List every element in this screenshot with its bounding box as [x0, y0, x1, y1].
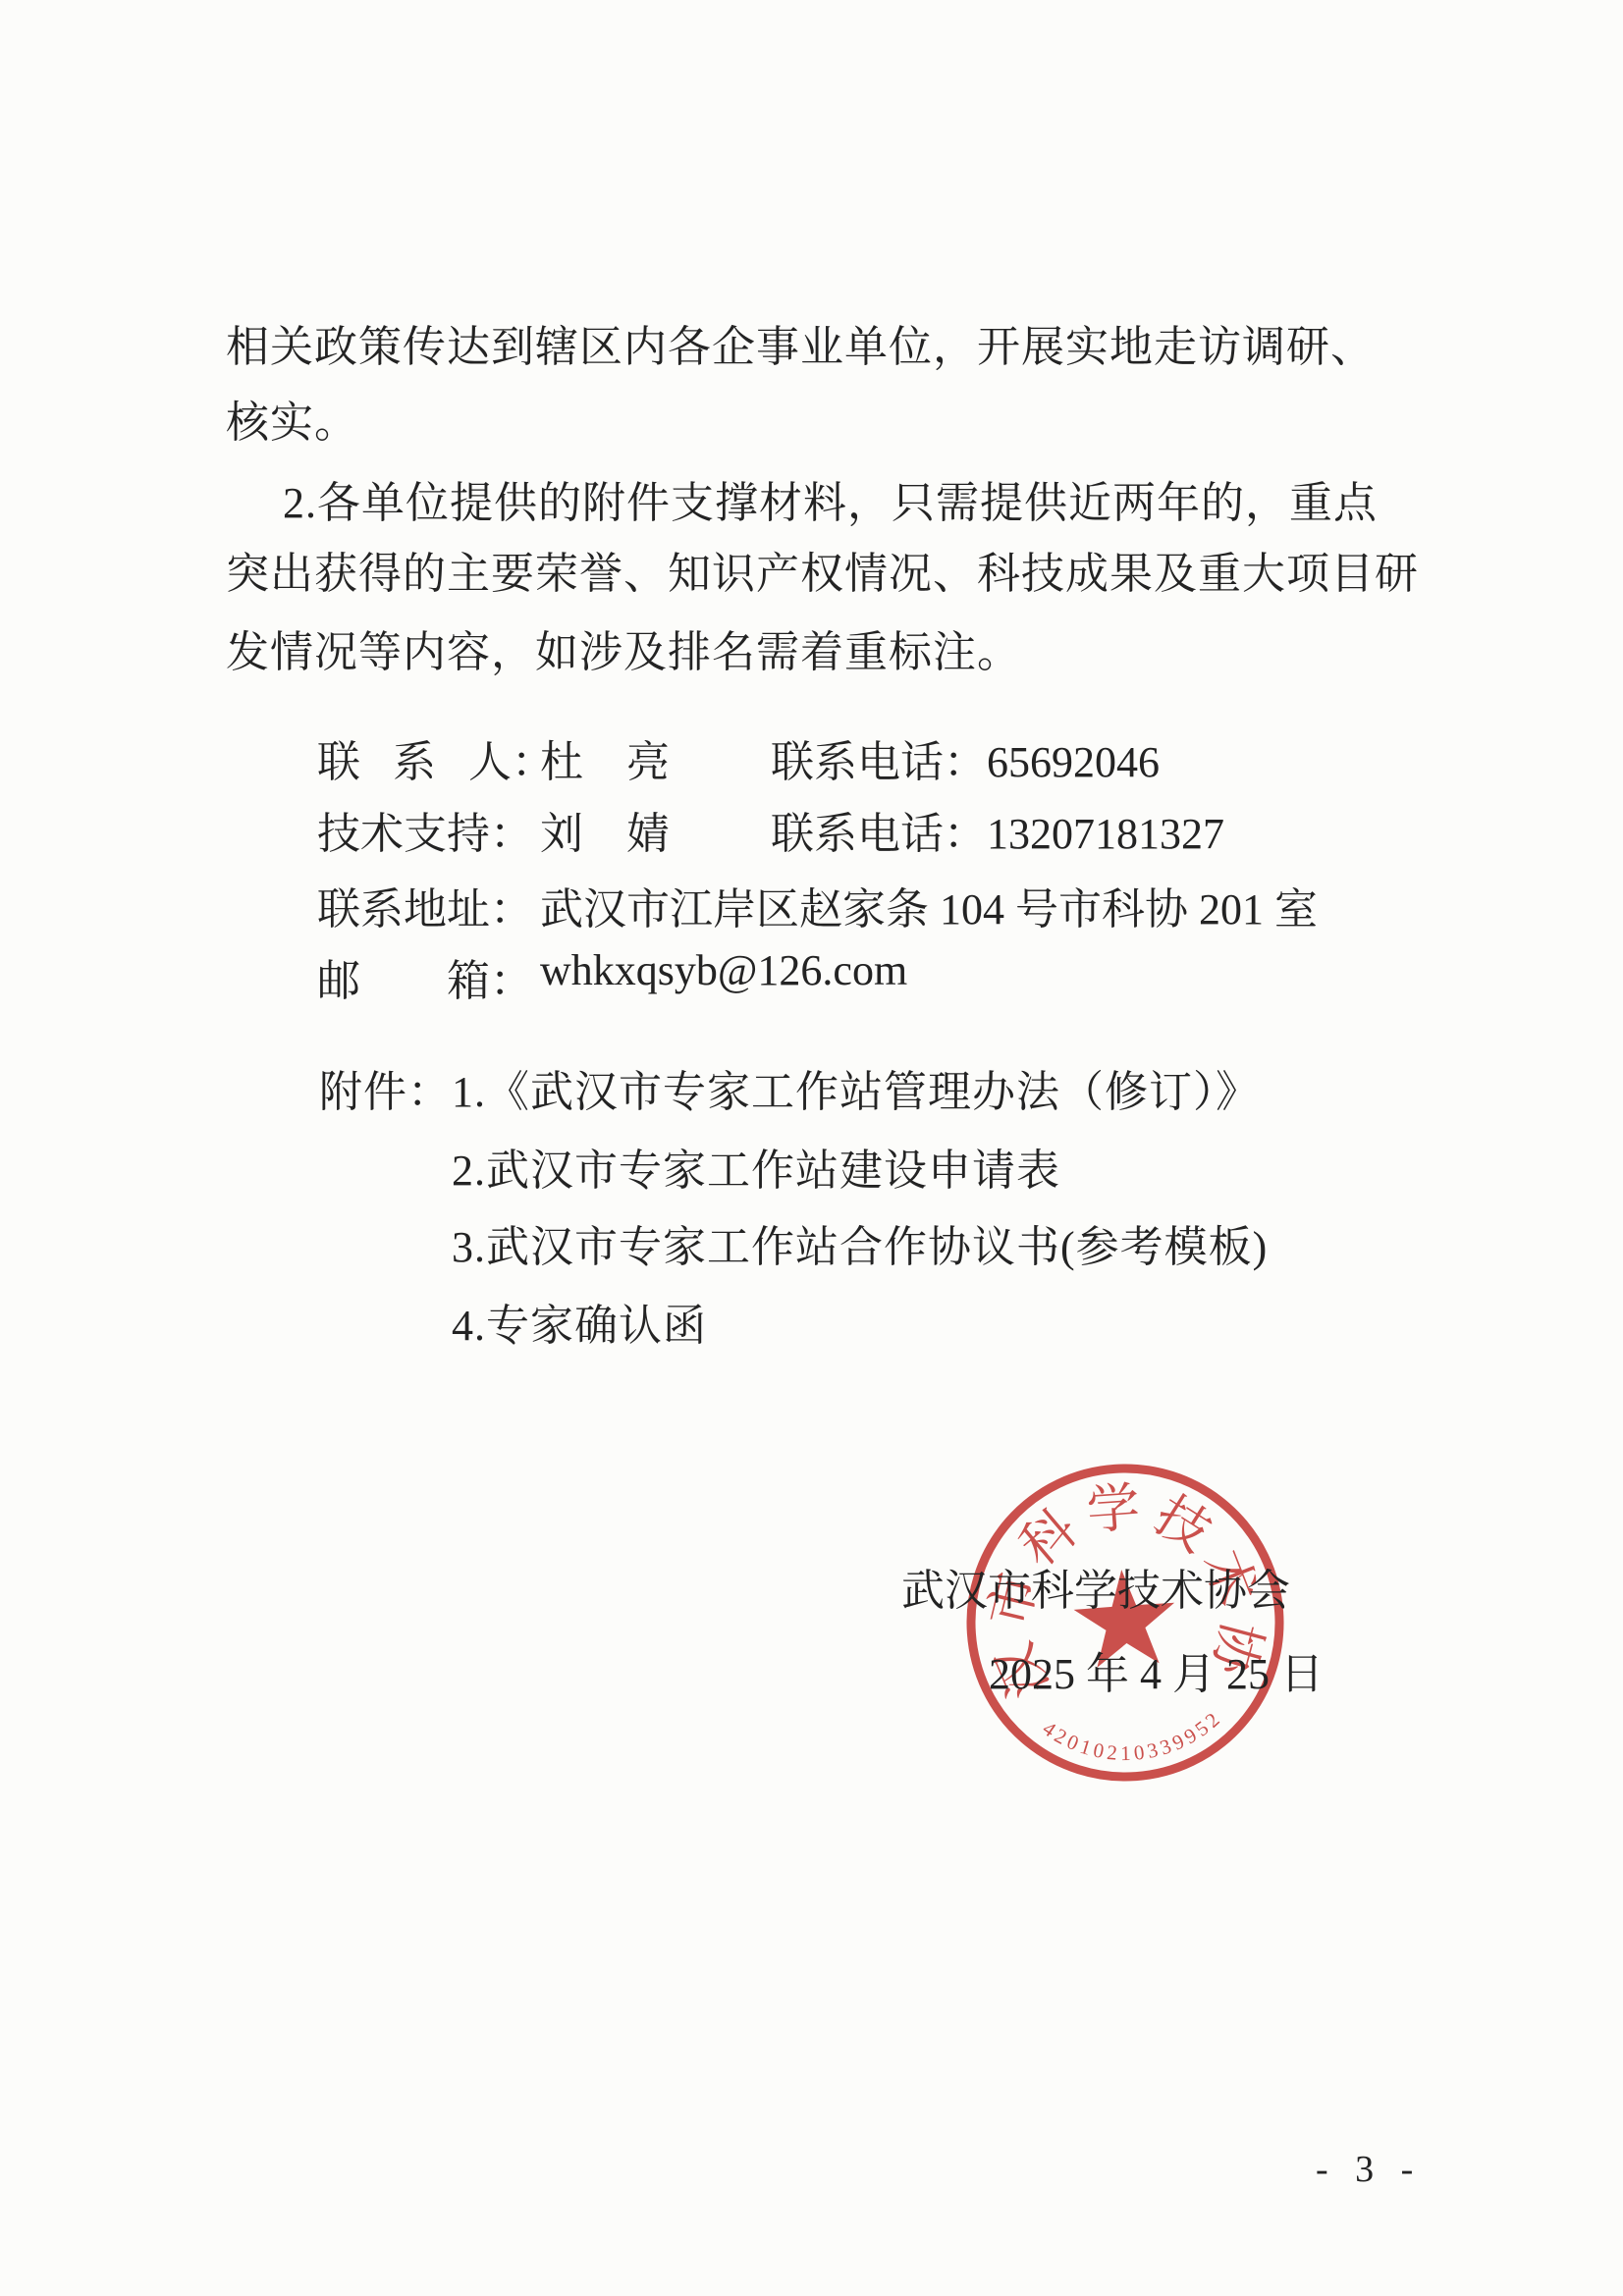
document-page: 相关政策传达到辖区内各企事业单位，开展实地走访调研、 核实。 2.各单位提供的附… — [0, 0, 1623, 2296]
contact-row-tech-support: 技术支持： 刘 婧 联系电话：13207181327 — [317, 798, 1397, 847]
contact-label: 联系地址： — [317, 874, 533, 936]
body-paragraph-line: 发情况等内容，如涉及排名需着重标注。 — [226, 630, 1021, 675]
body-paragraph-line: 突出获得的主要荣誉、知识产权情况、科技成果及重大项目研 — [226, 552, 1419, 597]
contact-label: 技术支持： — [317, 798, 533, 861]
contact-phone: 联系电话：65692046 — [771, 726, 1160, 789]
contact-label: 邮 箱： — [317, 945, 533, 1008]
attachment-item: 4.专家确认函 — [452, 1304, 707, 1349]
official-seal: 武汉市科学技术协会 42010210339952 — [947, 1445, 1304, 1801]
attachment-item: 2.武汉市专家工作站建设申请表 — [452, 1148, 1060, 1194]
signature-date: 2025 年 4 月 25 日 — [989, 1638, 1324, 1701]
contact-phone: 联系电话：13207181327 — [771, 798, 1224, 861]
contact-label: 联 系 人： — [317, 726, 555, 789]
contact-name: 杜 亮 — [540, 726, 670, 789]
contact-email: whkxqsyb@126.com — [540, 945, 907, 995]
contact-row-person: 联 系 人： 杜 亮 联系电话：65692046 — [317, 726, 1397, 775]
body-paragraph-line: 2.各单位提供的附件支撑材料，只需提供近两年的，重点 — [283, 481, 1378, 526]
attachments-label: 附件： — [319, 1070, 452, 1115]
signature-organization: 武汉市科学技术协会 — [901, 1555, 1290, 1618]
contact-address: 武汉市江岸区赵家条 104 号市科协 201 室 — [540, 874, 1318, 936]
attachment-item: 3.武汉市专家工作站合作协议书(参考模板) — [452, 1225, 1268, 1270]
body-paragraph-line: 相关政策传达到辖区内各企事业单位，开展实地走访调研、 — [226, 325, 1375, 370]
body-paragraph-line: 核实。 — [226, 400, 358, 446]
page-number: - 3 - — [1316, 2148, 1422, 2191]
contact-row-email: 邮 箱： whkxqsyb@126.com — [317, 945, 1397, 994]
attachment-item: 1.《武汉市专家工作站管理办法（修订）》 — [452, 1070, 1260, 1115]
contact-name: 刘 婧 — [540, 798, 670, 861]
contact-row-address: 联系地址： 武汉市江岸区赵家条 104 号市科协 201 室 — [317, 874, 1397, 923]
